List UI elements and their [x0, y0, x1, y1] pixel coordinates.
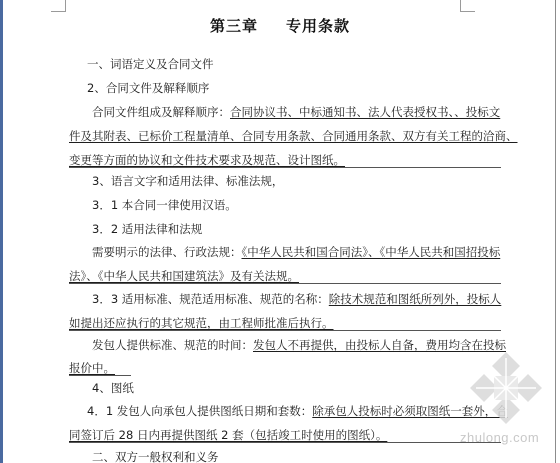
underline-rule: [69, 283, 501, 284]
paragraph-line: 变更等方面的协议和文件技术要求及规范、设计图纸。: [69, 153, 345, 167]
line-label: 3．3 适用标准、规范适用标准、规范的名称：: [92, 292, 329, 306]
paragraph-line: 件及其附表、已标价工程量清单、合同专用条款、合同通用条款、双方有关工程的洽商、: [69, 129, 518, 143]
paragraph-line: 法》、《中华人民共和国建筑法》及有关法规。: [69, 269, 299, 283]
line-text: 3．2 适用法律和法规: [92, 222, 202, 236]
clause-3-2: 3．2 适用法律和法规: [92, 222, 202, 236]
subheading-contract-docs: 2、合同文件及解释顺序: [87, 81, 209, 95]
underlined-value: 法》、《中华人民共和国建筑法》及有关法规。: [69, 269, 299, 283]
line-text: 3、语言文字和适用法律、标准法规，: [92, 174, 283, 188]
line-label: 合同文件组成及解释顺序：: [92, 105, 230, 119]
underline-rule: [69, 442, 501, 443]
underlined-value: 发包人不再提供，由投标人自备，费用均含在投标: [253, 338, 506, 352]
heading-definitions: 一、词语定义及合同文件: [87, 57, 214, 71]
underlined-value: 《中华人民共和国合同法》、《中华人民共和国招投标: [242, 245, 501, 259]
paragraph-line: 同签订后 28 日内再提供图纸 2 套（包括竣工时使用的图纸）。: [69, 428, 387, 442]
underline-rule: [69, 330, 501, 331]
underline-rule: [69, 167, 501, 168]
chapter-number: 第三章: [210, 17, 258, 35]
paragraph-line: 需要明示的法律、行政法规：《中华人民共和国合同法》、《中华人民共和国招投标: [92, 245, 500, 259]
line-label: 需要明示的法律、行政法规：: [92, 245, 242, 259]
clause-3-3: 3．3 适用标准、规范适用标准、规范的名称：除技术规范和图纸所列外，投标人: [92, 292, 501, 306]
subheading-language-law: 3、语言文字和适用法律、标准法规，: [92, 174, 283, 188]
line-text: 一、词语定义及合同文件: [87, 57, 214, 71]
underlined-value: 合同协议书、中标通知书、法人代表授权书、、投标文: [230, 105, 500, 119]
paragraph-line: 合同文件组成及解释顺序：合同协议书、中标通知书、法人代表授权书、、投标文: [92, 105, 500, 119]
line-text: 4、图纸: [92, 381, 134, 395]
zhulong-logo-icon: [470, 352, 542, 424]
chapter-title: 第三章专用条款: [0, 15, 560, 36]
underlined-value: 除技术规范和图纸所列外，投标人: [329, 292, 502, 306]
paragraph-line: 发包人提供标准、规范的时间：发包人不再提供，由投标人自备，费用均含在投标: [92, 338, 506, 352]
heading-rights-obligations: 二、双方一般权利和义务: [92, 450, 219, 463]
underlined-value: 件及其附表、已标价工程量清单、合同专用条款、合同通用条款、双方有关工程的洽商、: [69, 129, 518, 143]
paragraph-line: 如提出还应执行的其它规范，由工程师批准后执行。: [69, 316, 334, 330]
underlined-value: 变更等方面的协议和文件技术要求及规范、设计图纸。: [69, 153, 345, 167]
line-label: 4．1 发包人向承包人提供图纸日期和套数：: [87, 404, 312, 418]
watermark-text: zhulong.com: [460, 430, 539, 445]
underline-rule: [69, 375, 131, 376]
clause-4-1: 4．1 发包人向承包人提供图纸日期和套数：除承包人投标时必须取图纸一套外，合: [87, 404, 508, 418]
underlined-value: 如提出还应执行的其它规范，由工程师批准后执行。: [69, 316, 334, 330]
subheading-drawings: 4、图纸: [92, 381, 134, 395]
underlined-value: 同签订后 28 日内再提供图纸 2 套（包括竣工时使用的图纸）。: [69, 428, 387, 442]
line-text: 3．1 本合同一律使用汉语。: [92, 198, 237, 212]
chapter-name: 专用条款: [286, 17, 350, 35]
underlined-value: 报价中。: [69, 361, 115, 375]
line-text: 二、双方一般权利和义务: [92, 450, 219, 463]
line-text: 2、合同文件及解释顺序: [87, 81, 209, 95]
paragraph-line: 报价中。: [69, 361, 115, 375]
clause-3-1: 3．1 本合同一律使用汉语。: [92, 198, 237, 212]
line-label: 发包人提供标准、规范的时间：: [92, 338, 253, 352]
